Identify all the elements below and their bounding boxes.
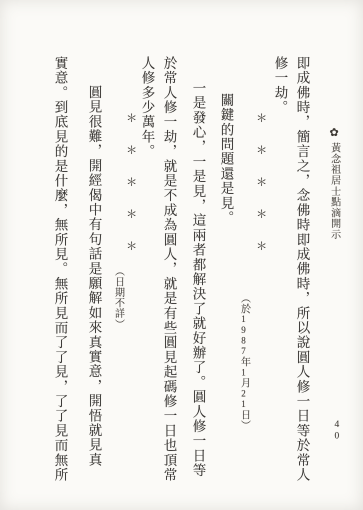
text-column-3: 關鍵的問題還是見。 xyxy=(218,93,234,225)
text-column-8: 實意。到底見的是什麼，無所見。無所見而了了見，了了見而無所 xyxy=(52,56,68,482)
flower-ornament-icon: ✿ xyxy=(328,126,340,140)
text-column-2: 修一劫。 xyxy=(272,56,288,115)
text-column-4: 一是發心，一是見，這兩者都解決了就好辦了。圓人修一日等 xyxy=(190,81,206,478)
page-number: 40 xyxy=(331,420,342,443)
text-column-5: 於常人修一劫，就是不成為圓人，就是有些圓見起碼修一日也頂常 xyxy=(161,56,177,482)
text-column-6: 人修多少萬年。 xyxy=(139,56,155,159)
separator-asterisks-1: ＊＊＊＊＊ xyxy=(254,112,267,272)
running-head: ✿黃念祖居士點滴開示 xyxy=(327,126,340,240)
text-column-7: 圓見很難，開經偈中有句話是願解如來真實意，開悟就見真 xyxy=(86,85,102,467)
separator-asterisks-2: ＊＊＊＊＊ xyxy=(124,112,137,272)
text-column-1: 即成佛時，簡言之，念佛時即成佛時，所以說圓人修一日等於常人 xyxy=(294,56,310,482)
book-page: ✿黃念祖居士點滴開示 40 即成佛時，簡言之，念佛時即成佛時，所以說圓人修一日等… xyxy=(0,0,363,510)
date-note-2: （日期不詳） xyxy=(112,266,124,330)
book-title: 黃念祖居士點滴開示 xyxy=(329,143,340,240)
date-note-1: （於1987年1月21日） xyxy=(238,293,250,431)
